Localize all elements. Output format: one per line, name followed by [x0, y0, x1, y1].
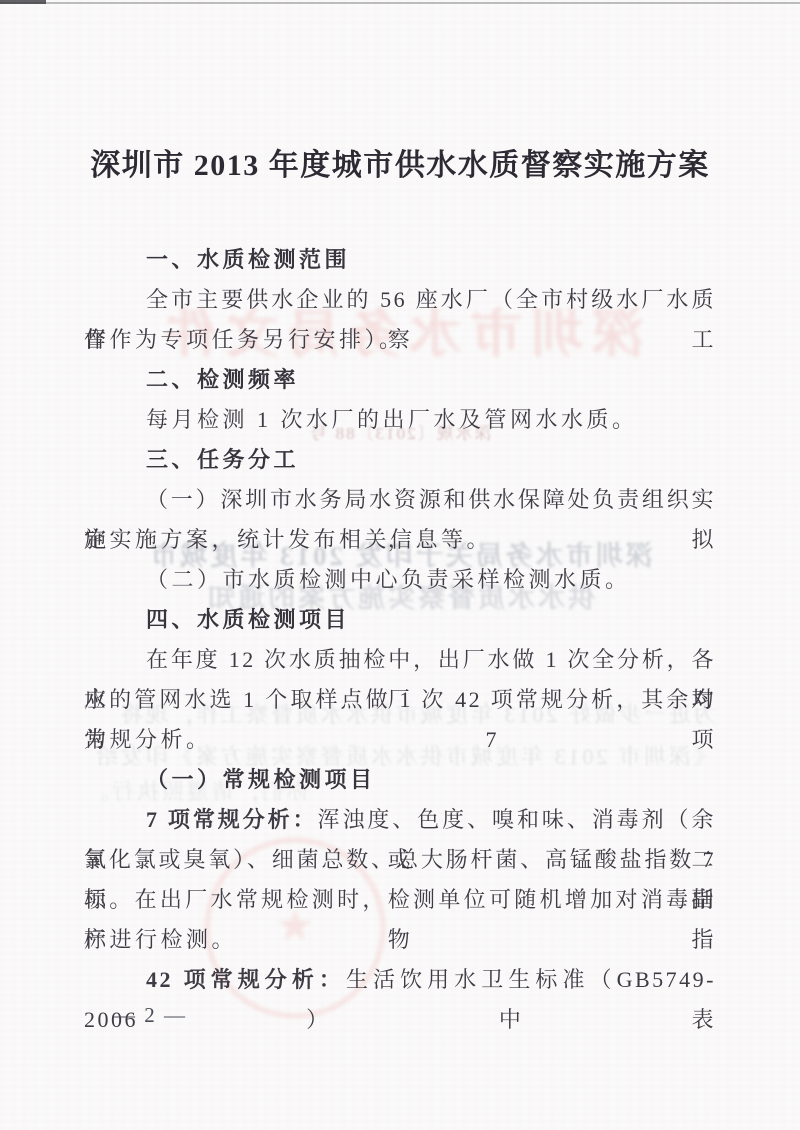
- text-line: 应的管网水选 1 个取样点做 1 次 42 项常规分析，其余均为 7 项: [84, 680, 716, 720]
- text-line: 二、检测频率: [84, 360, 716, 400]
- text-line: 四、水质检测项目: [84, 600, 716, 640]
- text-line: 标。在出厂水常规检测时，检测单位可随机增加对消毒副产物指: [84, 880, 716, 920]
- text-line: 氧化氯或臭氧）、细菌总数、总大肠杆菌、高锰酸盐指数 7 项指: [84, 840, 716, 880]
- text-line: （一）常规检测项目: [84, 760, 716, 800]
- document-body: 一、水质检测范围全市主要供水企业的 56 座水厂（全市村级水厂水质督察工作作为专…: [84, 240, 716, 1000]
- document-title: 深圳市 2013 年度城市供水水质督察实施方案: [60, 144, 740, 188]
- text-line: （二）市水质检测中心负责采样检测水质。: [84, 560, 716, 600]
- text-line: 全市主要供水企业的 56 座水厂（全市村级水厂水质督察工: [84, 280, 716, 320]
- text-line: 每月检测 1 次水厂的出厂水及管网水水质。: [84, 400, 716, 440]
- page-number: — 2 —: [114, 1003, 187, 1028]
- text-line: 一、水质检测范围: [84, 240, 716, 280]
- text-line: （一）深圳市水务局水资源和供水保障处负责组织实施，拟: [84, 480, 716, 520]
- line-bold-lead: 42 项常规分析：: [146, 967, 346, 992]
- text-line: 在年度 12 次水质抽检中，出厂水做 1 次全分析，各水厂对: [84, 640, 716, 680]
- line-bold-lead: 7 项常规分析：: [146, 807, 318, 832]
- text-line: 三、任务分工: [84, 440, 716, 480]
- text-line: 7 项常规分析：浑浊度、色度、嗅和味、消毒剂（余氯或二: [84, 800, 716, 840]
- scan-corner-mark: [0, 0, 46, 4]
- text-line: 42 项常规分析：生活饮用水卫生标准（GB5749-2006）中表: [84, 960, 716, 1000]
- scan-edge-line: [0, 2, 800, 4]
